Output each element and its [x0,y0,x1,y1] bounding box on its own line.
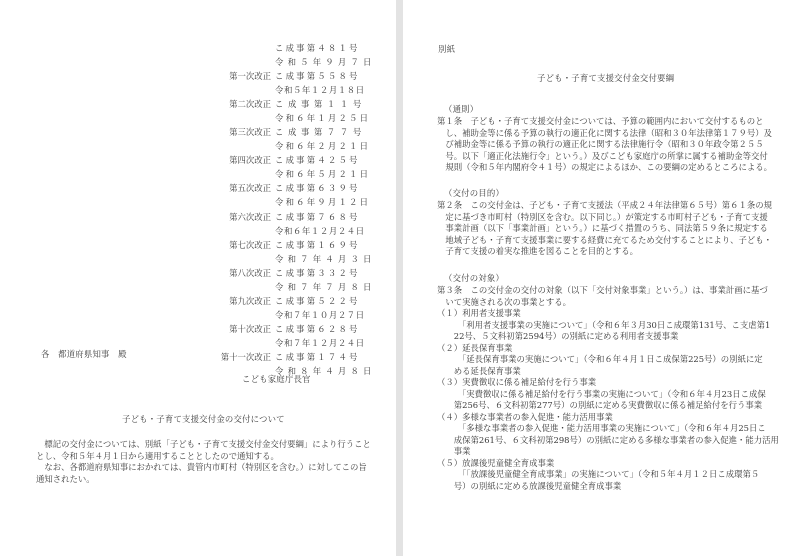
section-heading-scope: （交付の対象） [444,273,504,284]
list-item-heading: （３）実費徴収に係る補足給付を行う事業 [437,377,779,389]
amendment-date: 令和６年１２月２４日 [275,226,365,237]
list-item-heading: （５）放課後児童健全育成事業 [437,458,779,470]
original-number-row: こ成事第４８１号 [0,43,396,54]
original-date-row: 令和５年９月７日 [0,57,396,68]
amendment-date-row: 令和６年５月２１日 [0,169,396,180]
body-line: 通知されたい。 [36,474,376,486]
amendment-label: 第三次改正 [229,127,271,138]
amendment-row: 第六次改正こ成事第７６８号 [0,212,396,223]
original-date: 令和５年９月７日 [275,57,376,68]
amendment-number: こ成事第４２５号 [275,155,360,166]
body-line: なお、各都道府県知事におかれては、貴管内市町村（特別区を含む。）に対してこの旨 [36,462,376,474]
list-item-text: 事業 [437,446,779,458]
notice-body: 標記の交付金については、別紙「子ども・子育て支援交付金交付要綱」により行うこと … [36,439,376,485]
list-item-text: 「多様な事業者の参入促進・能力活用事業の実施について」（令和６年４月25日こ [437,423,779,435]
amendment-row: 第八次改正こ成事第３３２号 [0,268,396,279]
amendment-date-row: 令和７年４月３日 [0,254,396,265]
amendment-date-row: 令和６年１２月２４日 [0,226,396,237]
amendment-row: 第五次改正こ成事第６３９号 [0,183,396,194]
list-item-text: 号）の別紙に定める放課後児童健全育成事業 [437,481,779,493]
section-heading-general: （通則） [444,104,478,115]
amendment-label: 第八次改正 [229,268,271,279]
amendment-date-row: 令和６年９月１２日 [0,197,396,208]
amendment-number: こ成事第３３２号 [275,268,360,279]
article-line: 事業計画（以下「事業計画」という。）に基づく措置のうち、同法第５９条に規定する [437,223,772,235]
amendment-date: 令和７年１２月２４日 [275,338,365,349]
notice-title: 子ども・子育て支援交付金の交付について [122,414,285,425]
amendment-label: 第五次改正 [229,183,271,194]
amendment-label: 第六次改正 [229,212,271,223]
article-line: 規則（令和５年内閣府令４１号）の規定によるほか、この要綱の定めるところによる。 [437,162,772,174]
amendment-row: 第二次改正こ成事第１１号 [0,99,396,110]
amendment-row: 第一次改正こ成事第５５８号 [0,71,396,82]
list-item-text: 「延長保育事業の実施について」（令和６年４月１日こ成保第225号）の別紙に定 [437,354,779,366]
amendment-date: 令和６年９月１２日 [275,197,370,208]
list-item-heading: （４）多様な事業者の参入促進・能力活用事業 [437,412,779,424]
amendment-date: 令和７年４月３日 [275,254,376,265]
sender: こども家庭庁長官 [242,374,311,385]
article-line: 第３条 この交付金の交付の対象（以下「交付対象事業」という。）は、事業計画に基づ [437,285,779,297]
article-line: び補助金等に係る予算の執行の適正化に関する法律施行令（昭和３０年政令第２５５ [437,139,772,151]
document-page-right: 別紙 子ども・子育て支援交付金交付要綱 （通則） 第１条 子ども・子育て支援交付… [403,0,797,556]
amendment-date: 令和７年１０月２７日 [275,310,365,321]
amendment-number: こ成事第７６８号 [275,212,360,223]
amendment-label: 第十次改正 [229,324,271,335]
body-line: とし、令和５年４月１日から適用することとしたので通知する。 [36,451,376,463]
list-item-heading: （１）利用者支援事業 [437,308,779,320]
amendment-date-row: 令和８年４月８日 [0,366,396,377]
list-item-text: める延長保育事業 [437,366,779,378]
body-line: 標記の交付金については、別紙「子ども・子育て支援交付金交付要綱」により行うこと [36,439,376,451]
article-line: 子育て支援の着実な推進を図ることを目的とする。 [437,246,772,258]
list-item-text: 「利用者支援事業の実施について」（令和６年３月30日こ成環第131号、こ支虐第1 [437,320,779,332]
amendment-label: 第一次改正 [229,71,271,82]
article-1: 第１条 子ども・子育て支援交付金については、予算の範囲内において交付するものと … [437,116,772,174]
amendment-date-row: 令和６年１月２５日 [0,113,396,124]
amendment-date: 令和６年１月２５日 [275,113,370,124]
list-item-text: 第256号、６文科初第277号）の別紙に定める実費徴収に係る補足給付を行う事業 [437,400,779,412]
amendment-date-row: 令和７年１０月２７日 [0,310,396,321]
amendment-date: 令和７年７月８日 [275,282,376,293]
amendment-date: 令和５年１２月１８日 [275,85,365,96]
amendment-row: 第七次改正こ成事第１６９号 [0,240,396,251]
amendment-number: こ成事第６３９号 [275,183,360,194]
article-line: 定に基づき市町村（特別区を含む。以下同じ。）が策定する市町村子ども・子育て支援 [437,212,772,224]
list-item-text: 22号、５文科初第2594号）の別紙に定める利用者支援事業 [437,331,779,343]
amendment-date: 令和６年５月２１日 [275,169,370,180]
article-line: 地域子ども・子育て支援事業に要する経費に充てるため交付することにより、子ども・ [437,235,772,247]
amendment-label: 第二次改正 [229,99,271,110]
amendment-label: 第十一次改正 [221,352,271,363]
article-2: 第２条 この交付金は、子ども・子育て支援法（平成２４年法律第６５号）第６１条の規… [437,200,772,258]
amendment-date-row: 令和５年１２月１８日 [0,85,396,96]
list-item-heading: （２）延長保育事業 [437,343,779,355]
article-3: 第３条 この交付金の交付の対象（以下「交付対象事業」という。）は、事業計画に基づ… [437,285,779,492]
amendment-number: こ成事第６２８号 [275,324,360,335]
amendment-date-row: 令和７年１２月２４日 [0,338,396,349]
list-item-text: 「実費徴収に係る補足給付を行う事業の実施について」（令和６年４月23日こ成保 [437,389,779,401]
amendment-label: 第四次改正 [229,155,271,166]
document-page-left: こ成事第４８１号 令和５年９月７日 第一次改正こ成事第５５８号令和５年１２月１８… [0,0,396,556]
article-line: いて実施される次の事業とする。 [437,297,779,309]
amendment-date: 令和６年２月２１日 [275,141,370,152]
amendment-label: 第九次改正 [229,296,271,307]
amendment-date-row: 令和６年２月２１日 [0,141,396,152]
amendment-label: 第七次改正 [229,240,271,251]
original-number: こ成事第４８１号 [275,43,360,54]
guideline-title: 子ども・子育て支援交付金交付要綱 [537,73,674,84]
amendment-number: こ成事第１６９号 [275,240,360,251]
attachment-label: 別紙 [438,44,455,55]
article-line: 第２条 この交付金は、子ども・子育て支援法（平成２４年法律第６５号）第６１条の規 [437,200,772,212]
amendment-date-row: 令和７年７月８日 [0,282,396,293]
amendment-number: こ成事第５５８号 [275,71,360,82]
amendment-row: 第十次改正こ成事第６２８号 [0,324,396,335]
amendment-row: 第三次改正こ成事第７７号 [0,127,396,138]
section-heading-purpose: （交付の目的） [444,188,504,199]
list-item-text: 「「放課後児童健全育成事業」の実施について」（令和５年４月１２日こ成環第５ [437,469,779,481]
amendment-number: こ成事第１１号 [275,99,366,110]
amendment-number: こ成事第１７４号 [275,352,360,363]
amendment-number: こ成事第７７号 [275,127,366,138]
amendment-number: こ成事第５２２号 [275,296,360,307]
list-item-text: 成保第261号、６文科初第298号）の別紙に定める多様な事業者の参入促進・能力活… [437,435,779,447]
amendment-row: 第四次改正こ成事第４２５号 [0,155,396,166]
article-line: 号。以下「適正化法施行令」という。）及びこども家庭庁の所掌に属する補助金等交付 [437,151,772,163]
article-line: し、補助金等に係る予算の執行の適正化に関する法律（昭和３０年法律第１７９号）及 [437,128,772,140]
article-line: 第１条 子ども・子育て支援交付金については、予算の範囲内において交付するものと [437,116,772,128]
addressee: 各 都道府県知事 殿 [41,349,127,360]
amendment-row: 第九次改正こ成事第５２２号 [0,296,396,307]
